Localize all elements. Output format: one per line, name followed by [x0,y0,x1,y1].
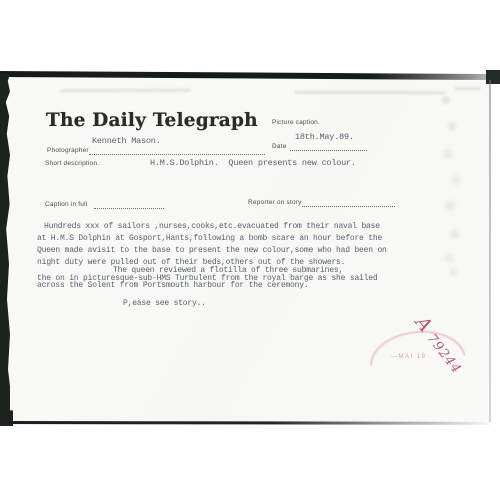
date-value: 18th.May.89. [295,132,354,142]
reporter-dotted-line [302,198,395,207]
caption-line: Queen made avisit to the base to present… [37,246,387,255]
ink-transfer-marks [442,96,450,104]
see-story-note: P,ease see story.. [123,299,206,308]
photographer-value: Kenneth Mason. [92,136,161,146]
scanned-caption-card: The Daily Telegraph Kenneth Mason. Photo… [0,0,500,500]
caption-line: Hundreds xxx of sailors ,nurses,cooks,et… [44,222,380,231]
photographer-dotted-line [89,146,265,155]
caption-in-full-label: Caption in full [45,201,87,208]
picture-caption-label: Picture caption. [272,119,320,126]
reporter-label: Reporter on story [248,199,302,206]
short-description-label: Short description. [45,160,99,167]
date-dotted-line [290,142,367,151]
caption-in-full-dotted-line [94,200,164,209]
short-description-value: H.M.S.Dolphin. Queen presents new colour… [150,158,356,168]
caption-line: across the Solent from Portsmouth harbou… [37,281,308,290]
date-label: Date [272,143,287,150]
scan-crease [295,91,445,95]
photographer-label: Photographer [47,147,89,154]
scan-edge-right [489,80,491,422]
date-stamp-text: —MAI 19 [391,354,427,360]
scan-crease [455,87,480,90]
caption-line: at H.M.S Dolphin at Gosport,Hants,follow… [37,234,382,243]
masthead: The Daily Telegraph [46,110,258,131]
